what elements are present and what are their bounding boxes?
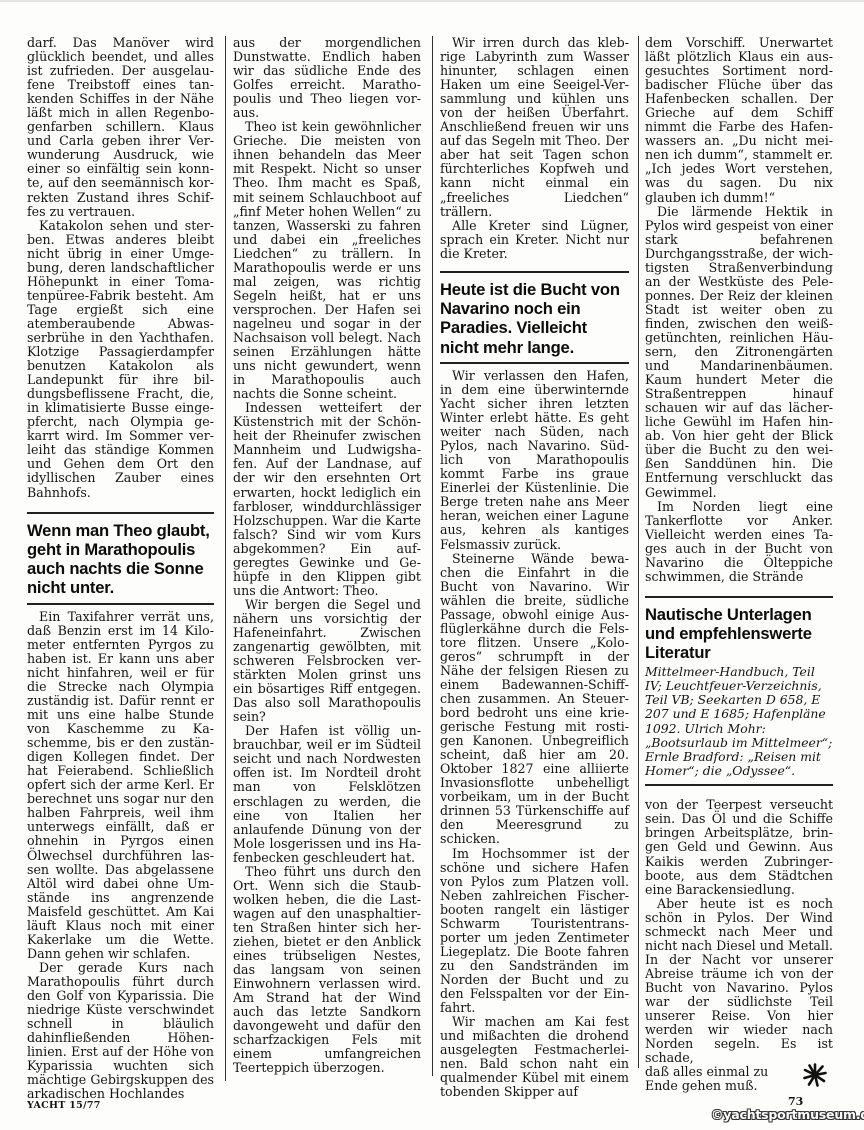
literature-headline: Nautische Unterlagen und empfehlenswerte… (645, 596, 833, 665)
section-headline: Heute ist die Bucht von Navarino noch ei… (440, 271, 629, 364)
paragraph: Theo ist kein gewöhnli­cher Grieche. Die… (233, 120, 421, 401)
paragraph: Alle Kreter sind Lügner, sprach ein Kret… (440, 219, 629, 261)
yacht-logo-icon (803, 1063, 827, 1087)
page-top-edge (0, 0, 864, 2)
paragraph: von der Teerpest verseucht sein. Das Öl … (645, 798, 833, 896)
paragraph: Katakolon sehen und ster­ben. Etwas ande… (27, 219, 214, 500)
paragraph: Ein Taxifahrer verrät uns, daß Benzin er… (27, 610, 214, 961)
paragraph: Der gerade Kurs nach Marathopoulis führt… (27, 961, 214, 1101)
column-rule-3b (638, 214, 639, 1068)
paragraph: dem Vorschiff. Unerwartet läßt plötzlich… (645, 36, 833, 205)
article-column-2: aus der morgendlichen Dunstwatte. Endlic… (233, 36, 421, 1075)
paragraph: Wir bergen die Segel und nähern uns vors… (233, 598, 421, 724)
paragraph: aus der morgendlichen Dunstwatte. Endlic… (233, 36, 421, 120)
paragraph: darf. Das Manöver wird glücklich beendet… (27, 36, 214, 219)
paragraph: Steinerne Wände bewa­chen die Einfahrt i… (440, 552, 629, 847)
literature-list: Mittelmeer-Handbuch, Teil IV; Leuchtfeue… (645, 665, 833, 787)
paragraph: Im Hochsommer ist der schöne und sichere… (440, 847, 629, 1016)
literature-box: Nautische Unterlagen und empfehlenswerte… (645, 596, 833, 787)
column-rule-2 (432, 36, 433, 1076)
paragraph: Im Norden liegt eine Tankerflotte vor An… (645, 500, 833, 584)
paragraph: Indessen wetteifert der Küstenstrich mit… (233, 401, 421, 598)
article-column-1: darf. Das Manöver wird glücklich beendet… (27, 36, 214, 1101)
section-headline: Wenn man Theo glaubt, geht in Mara­thopo… (27, 512, 214, 605)
paragraph: Theo führt uns durch den Ort. Wenn sich … (233, 865, 421, 1076)
paragraph: Wir verlassen den Hafen, in dem eine übe… (440, 369, 629, 552)
column-rule-1 (225, 36, 226, 1081)
paragraph: Die lärmende Hektik in Pylos wird gespei… (645, 205, 833, 500)
paragraph: Wir machen am Kai fest und mißachten die… (440, 1015, 629, 1099)
article-column-3: Wir irren durch das kleb­rige Labyrinth … (440, 36, 629, 1099)
column-rule-3 (638, 36, 639, 214)
paragraph: Aber heute ist es noch schön in Pylos. D… (645, 897, 833, 1066)
article-column-4: dem Vorschiff. Unerwartet läßt plötzlich… (645, 36, 833, 1093)
magazine-issue-label: YACHT 15/77 (27, 1100, 101, 1111)
watermark: ©yachtsportmuseum.de (711, 1107, 864, 1122)
paragraph: Wir irren durch das kleb­rige Labyrinth … (440, 36, 629, 219)
paragraph: Der Hafen ist völlig un­brauchbar, weil … (233, 724, 421, 864)
